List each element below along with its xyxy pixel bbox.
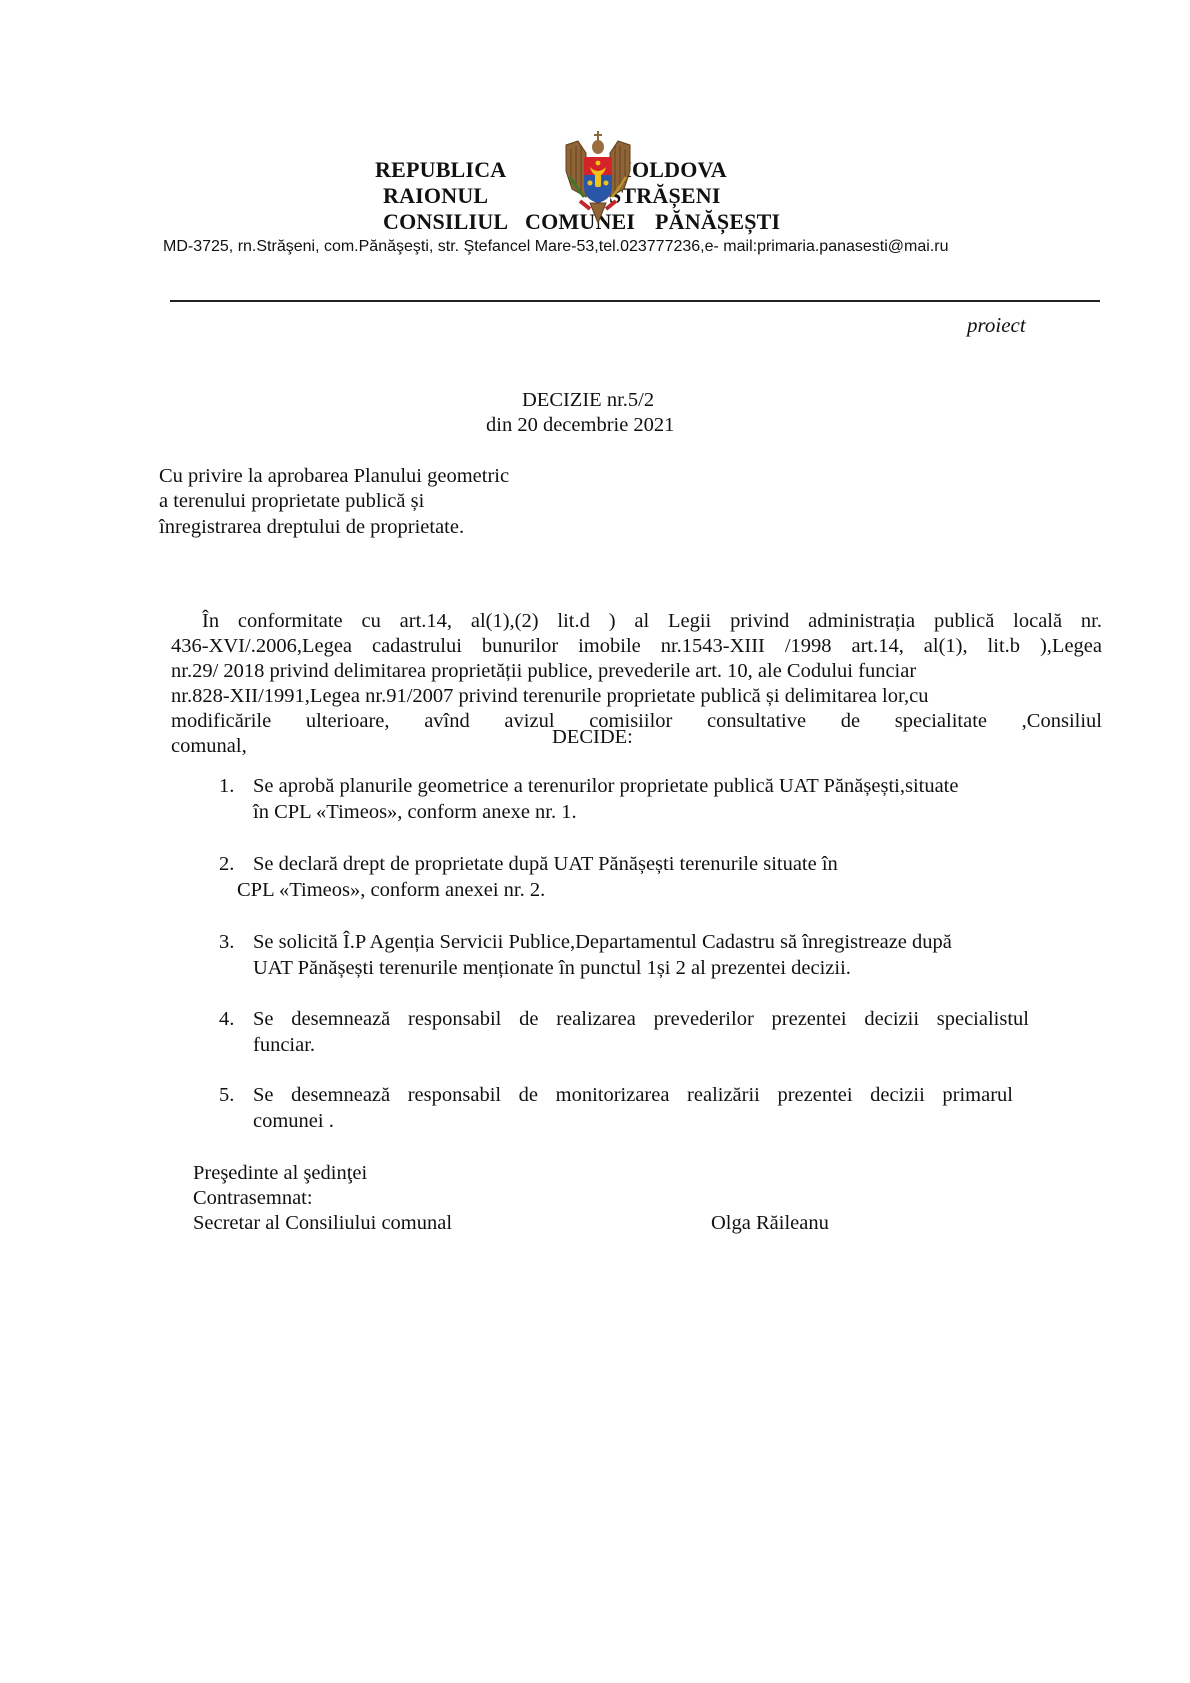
item-4-line: Se desemnează responsabil de realizarea … — [253, 1008, 1029, 1031]
header-consiliul: CONSILIUL — [383, 209, 508, 235]
status-label: proiect — [967, 313, 1026, 338]
header-raionul: RAIONUL — [383, 183, 488, 209]
signature-chair: Preşedinte al şedinţei — [193, 1162, 367, 1185]
item-3-line: Se solicită Î.P Agenția Servicii Publice… — [253, 931, 952, 954]
item-number: 3. — [219, 931, 234, 954]
decision-title: DECIZIE nr.5/2 — [522, 389, 654, 412]
item-5-line: comunei . — [253, 1110, 334, 1133]
item-2-line: Se declară drept de proprietate după UAT… — [253, 853, 838, 876]
preamble-line: 436-XVI/.2006,Legea cadastrului bunurilo… — [171, 634, 1102, 659]
decision-date: din 20 decembrie 2021 — [486, 414, 674, 437]
subject-line: Cu privire la aprobarea Planului geometr… — [159, 465, 509, 488]
signature-secretary-title: Secretar al Consiliului comunal — [193, 1212, 452, 1235]
preamble-line: comunal, — [171, 734, 1102, 759]
item-number: 2. — [219, 853, 234, 876]
item-1-line: Se aprobă planurile geometrice a terenur… — [253, 775, 958, 798]
signature-countersigned: Contrasemnat: — [193, 1187, 313, 1210]
item-4-line: funciar. — [253, 1034, 315, 1057]
item-number: 1. — [219, 775, 234, 798]
preamble-line: nr.29/ 2018 privind delimitarea propriet… — [171, 659, 1102, 684]
preamble-line: nr.828-XII/1991,Legea nr.91/2007 privind… — [171, 684, 1102, 709]
item-number: 4. — [219, 1008, 234, 1031]
item-number: 5. — [219, 1084, 234, 1107]
decide-heading: DECIDE: — [552, 726, 633, 749]
header-panasesti: PĂNĂȘEȘTI — [655, 209, 780, 235]
preamble-line: modificările ulterioare, avînd avizul co… — [171, 709, 1102, 734]
item-5-line: Se desemnează responsabil de monitorizar… — [253, 1084, 1013, 1107]
header-divider — [170, 300, 1100, 302]
header-address: MD-3725, rn.Străşeni, com.Pănăşeşti, str… — [163, 238, 949, 256]
preamble-line: În conformitate cu art.14, al(1),(2) lit… — [171, 609, 1102, 634]
signature-secretary-name: Olga Răileanu — [711, 1212, 829, 1235]
subject-line: a terenului proprietate publică și — [159, 490, 424, 513]
item-1-line: în CPL «Timeos», conform anexe nr. 1. — [253, 801, 577, 824]
item-3-line: UAT Pănășești terenurile menționate în p… — [253, 957, 851, 980]
subject-line: înregistrarea dreptului de proprietate. — [159, 516, 464, 539]
preamble-paragraph: În conformitate cu art.14, al(1),(2) lit… — [171, 609, 1102, 759]
moldova-coat-of-arms-icon — [562, 131, 634, 227]
item-2-line: CPL «Timeos», conform anexei nr. 2. — [237, 879, 545, 902]
header-republica: REPUBLICA — [375, 157, 506, 183]
